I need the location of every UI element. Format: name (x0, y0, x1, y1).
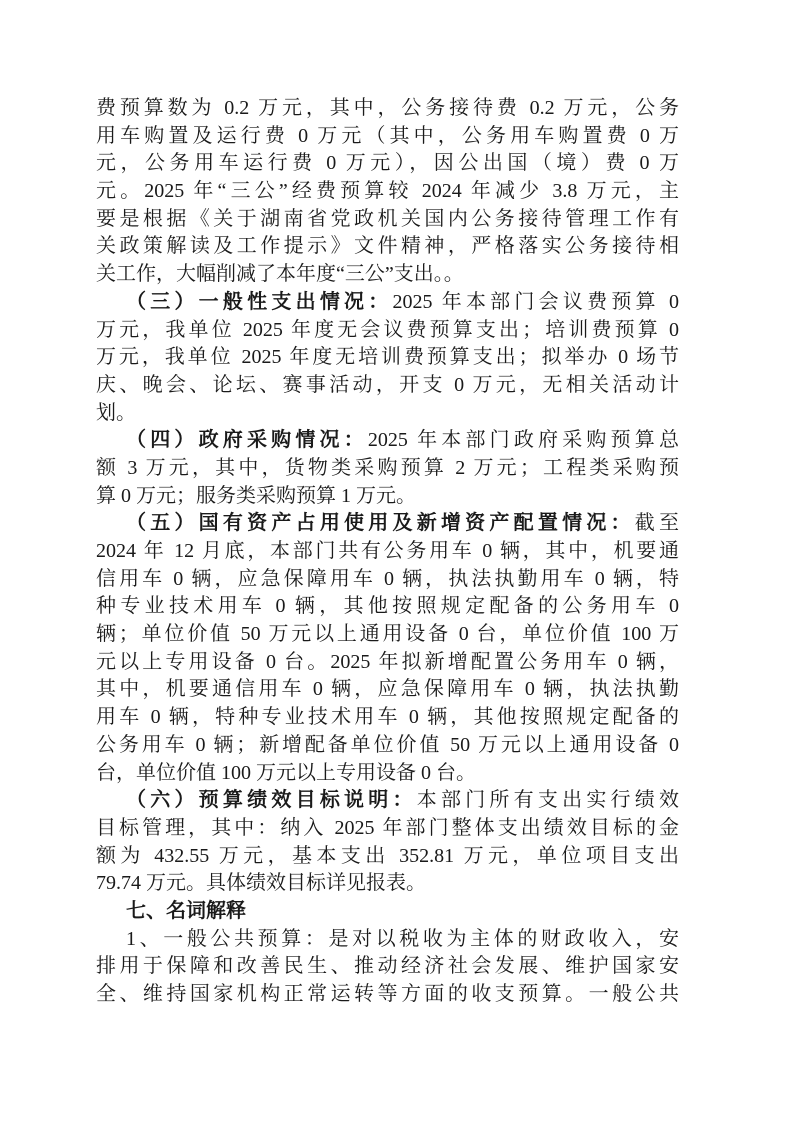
text-line: 万元，我单位 2025 年度无会议费预算支出；培训费预算 0 (96, 317, 679, 345)
text-line: 额 3 万元，其中，货物类采购预算 2 万元；工程类采购预 (96, 455, 679, 483)
text-line: 元。2025 年“三公”经费预算较 2024 年减少 3.8 万元，主 (96, 178, 679, 206)
text-line: 1、一般公共预算：是对以税收为主体的财政收入，安 (96, 926, 679, 954)
text-segment: 1、一般公共预算：是对以税收为主体的财政收入，安 (126, 928, 679, 950)
text-segment: 划。 (96, 402, 136, 424)
text-line: 万元，我单位 2025 年度无培训费预算支出；拟举办 0 场节 (96, 344, 679, 372)
heading-general-expenses: （三）一般性支出情况： (126, 291, 393, 313)
text-segment: 目标管理，其中：纳入 2025 年部门整体支出绩效目标的金 (96, 817, 679, 839)
text-segment: 算 0 万元；服务类采购预算 1 万元。 (96, 485, 416, 507)
text-line: 庆、晚会、论坛、赛事活动，开支 0 万元，无相关活动计 (96, 372, 679, 400)
text-line: 辆；单位价值 50 万元以上通用设备 0 台，单位价值 100 万 (96, 621, 679, 649)
text-segment: 全、维持国家机构正常运转等方面的收支预算。一般公共 (96, 983, 679, 1005)
text-segment: 公务用车 0 辆；新增配备单位价值 50 万元以上通用设备 0 (96, 734, 679, 756)
text-segment: 万元，我单位 2025 年度无会议费预算支出；培训费预算 0 (96, 319, 679, 341)
text-line: 2024 年 12 月底，本部门共有公务用车 0 辆，其中，机要通 (96, 538, 679, 566)
text-line: 关工作，大幅削减了本年度“三公”支出。。 (96, 261, 679, 289)
heading-performance-targets: （六）预算绩效目标说明： (126, 789, 417, 811)
text-segment: 其中，机要通信用车 0 辆，应急保障用车 0 辆，执法执勤 (96, 678, 679, 700)
section-line-government-procurement: （四）政府采购情况：2025 年本部门政府采购预算总 (96, 427, 679, 455)
text-line: 公务用车 0 辆；新增配备单位价值 50 万元以上通用设备 0 (96, 732, 679, 760)
text-line: 种专业技术用车 0 辆，其他按照规定配备的公务用车 0 (96, 593, 679, 621)
text-segment: 元，公务用车运行费 0 万元），因公出国（境）费 0 万 (96, 152, 679, 174)
section-line-general-expenses: （三）一般性支出情况：2025 年本部门会议费预算 0 (96, 289, 679, 317)
text-segment: 本部门所有支出实行绩效 (417, 789, 679, 811)
text-line: 元以上专用设备 0 台。2025 年拟新增配置公务用车 0 辆， (96, 649, 679, 677)
document-text-block: 费预算数为 0.2 万元，其中，公务接待费 0.2 万元，公务 用车购置及运行费… (96, 95, 679, 1009)
text-segment: 元以上专用设备 0 台。2025 年拟新增配置公务用车 0 辆， (96, 651, 679, 673)
section-line-state-assets: （五）国有资产占用使用及新增资产配置情况：截至 (96, 510, 679, 538)
text-segment: 2025 年本部门会议费预算 0 (393, 291, 680, 313)
text-segment: 79.74 万元。具体绩效目标详见报表。 (96, 872, 426, 894)
text-line: 用车购置及运行费 0 万元（其中，公务用车购置费 0 万 (96, 123, 679, 151)
text-line: 元，公务用车运行费 0 万元），因公出国（境）费 0 万 (96, 150, 679, 178)
text-line: 信用车 0 辆，应急保障用车 0 辆，执法执勤用车 0 辆，特 (96, 566, 679, 594)
text-segment: 费预算数为 0.2 万元，其中，公务接待费 0.2 万元，公务 (96, 97, 679, 119)
text-line: 要是根据《关于湖南省党政机关国内公务接待管理工作有 (96, 206, 679, 234)
text-line: 用车 0 辆，特种专业技术用车 0 辆，其他按照规定配备的 (96, 704, 679, 732)
text-segment: 信用车 0 辆，应急保障用车 0 辆，执法执勤用车 0 辆，特 (96, 568, 679, 590)
text-segment: 元。2025 年“三公”经费预算较 2024 年减少 3.8 万元，主 (96, 180, 679, 202)
heading-state-assets: （五）国有资产占用使用及新增资产配置情况： (126, 512, 635, 534)
text-segment: 辆；单位价值 50 万元以上通用设备 0 台，单位价值 100 万 (96, 623, 679, 645)
text-line: 目标管理，其中：纳入 2025 年部门整体支出绩效目标的金 (96, 815, 679, 843)
text-line: 划。 (96, 400, 679, 428)
text-segment: 排用于保障和改善民生、推动经济社会发展、维护国家安 (96, 955, 679, 977)
text-segment: 额为 432.55 万元，基本支出 352.81 万元，单位项目支出 (96, 845, 679, 867)
text-segment: 台，单位价值 100 万元以上专用设备 0 台。 (96, 762, 476, 784)
section-line-glossary: 七、名词解释 (96, 898, 679, 926)
text-segment: 2024 年 12 月底，本部门共有公务用车 0 辆，其中，机要通 (96, 540, 679, 562)
text-line: 排用于保障和改善民生、推动经济社会发展、维护国家安 (96, 953, 679, 981)
text-segment: 用车 0 辆，特种专业技术用车 0 辆，其他按照规定配备的 (96, 706, 679, 728)
heading-government-procurement: （四）政府采购情况： (126, 429, 368, 451)
text-line: 关政策解读及工作提示》文件精神，严格落实公务接待相 (96, 233, 679, 261)
text-segment: 额 3 万元，其中，货物类采购预算 2 万元；工程类采购预 (96, 457, 679, 479)
text-line: 算 0 万元；服务类采购预算 1 万元。 (96, 483, 679, 511)
text-line: 其中，机要通信用车 0 辆，应急保障用车 0 辆，执法执勤 (96, 676, 679, 704)
text-segment: 截至 (635, 512, 679, 534)
text-segment: 要是根据《关于湖南省党政机关国内公务接待管理工作有 (96, 208, 679, 230)
text-segment: 庆、晚会、论坛、赛事活动，开支 0 万元，无相关活动计 (96, 374, 679, 396)
text-line: 费预算数为 0.2 万元，其中，公务接待费 0.2 万元，公务 (96, 95, 679, 123)
text-line: 全、维持国家机构正常运转等方面的收支预算。一般公共 (96, 981, 679, 1009)
text-line: 额为 432.55 万元，基本支出 352.81 万元，单位项目支出 (96, 843, 679, 871)
text-line: 台，单位价值 100 万元以上专用设备 0 台。 (96, 760, 679, 788)
heading-glossary: 七、名词解释 (126, 900, 246, 922)
text-segment: 用车购置及运行费 0 万元（其中，公务用车购置费 0 万 (96, 125, 679, 147)
text-segment: 种专业技术用车 0 辆，其他按照规定配备的公务用车 0 (96, 595, 679, 617)
text-segment: 2025 年本部门政府采购预算总 (368, 429, 679, 451)
text-segment: 万元，我单位 2025 年度无培训费预算支出；拟举办 0 场节 (96, 346, 679, 368)
text-segment: 关工作，大幅削减了本年度“三公”支出。。 (96, 263, 464, 285)
text-segment: 关政策解读及工作提示》文件精神，严格落实公务接待相 (96, 235, 679, 257)
section-line-performance-targets: （六）预算绩效目标说明：本部门所有支出实行绩效 (96, 787, 679, 815)
document-page: 费预算数为 0.2 万元，其中，公务接待费 0.2 万元，公务 用车购置及运行费… (0, 0, 793, 1122)
text-line: 79.74 万元。具体绩效目标详见报表。 (96, 870, 679, 898)
